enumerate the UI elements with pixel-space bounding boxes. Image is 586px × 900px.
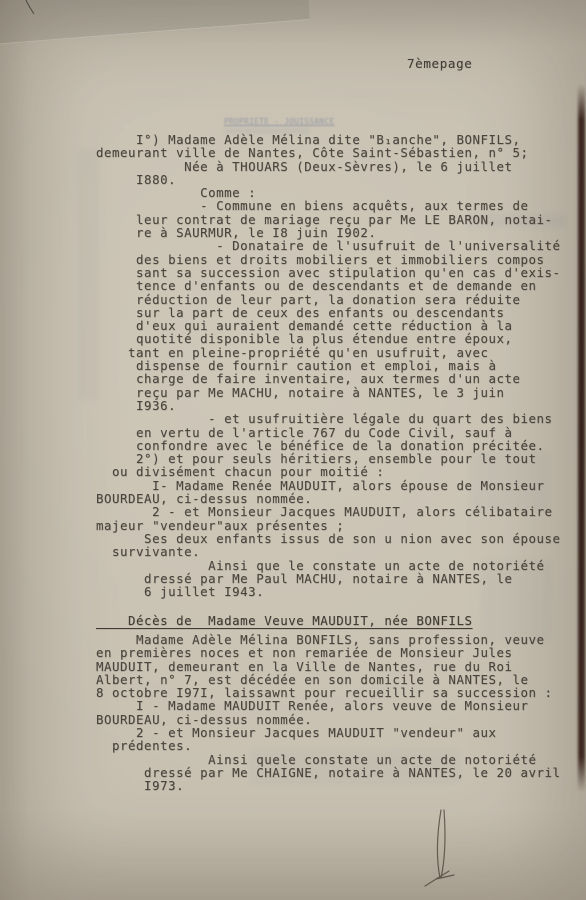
typewritten-line: ou divisément chacun pour moitié : — [96, 465, 561, 478]
typewritten-line: re à SAURMUR, le I8 juin I902. — [96, 226, 561, 239]
typewritten-line: Ses deux enfants issus de son u nion ave… — [96, 532, 561, 545]
typewritten-line: BOURDEAU, ci-dessus nommée. — [96, 492, 561, 505]
pen-mark — [0, 0, 50, 20]
typewritten-line: 6 juillet I943. — [96, 585, 561, 598]
typewritten-line: Ainsi que le constate un acte de notorié… — [96, 559, 561, 572]
typewritten-line: Comme : — [96, 186, 561, 199]
typewritten-line: I - Madame MAUDUIT Renée, alors veuve de… — [96, 699, 561, 712]
typewritten-line: réduction de leur part, la donation sera… — [96, 293, 561, 306]
typewritten-line: 2 - et Monsieur Jacques MAUDUIT "vendeur… — [96, 726, 561, 739]
typewritten-line: tence d'enfants ou de descendants et de … — [96, 279, 561, 292]
page-number-label: 7èmepage — [407, 56, 472, 71]
typewritten-line: Madame Adèle Mélina BONFILS, sans profes… — [96, 633, 561, 646]
typewritten-line: quotité disponible la plus étendue entre… — [96, 332, 561, 345]
typewritten-line: - Donataire de l'usufruit de l'universal… — [96, 239, 561, 252]
typewritten-line: leur contrat de mariage reçu par Me LE B… — [96, 213, 561, 226]
typewritten-line: majeur "vendeur"aux présentes ; — [96, 519, 561, 532]
typewritten-text: I°) Madame Adèle Mélina dite "B₁anche", … — [96, 133, 561, 793]
typewritten-line: Ainsi quele constate un acte de notoriét… — [96, 753, 561, 766]
bleed-through-text: PROPRIETE - JOUISSANCE — [224, 117, 334, 126]
typewritten-line: sur la part de ceux des enfants ou desce… — [96, 306, 561, 319]
typewritten-line: charge de faire inventaire, aux termes d… — [96, 372, 561, 385]
typewritten-line: 2°) et pour seuls héritiers, ensemble po… — [96, 452, 561, 465]
typewritten-line: confondre avec le bénéfice de la donatio… — [96, 439, 561, 452]
typewritten-line: I880. — [96, 173, 561, 186]
handwritten-paraphe-mark — [410, 806, 470, 900]
typewritten-line: des biens et droits mobiliers et immobil… — [96, 253, 561, 266]
typewritten-line: demeurant ville de Nantes, Côte Saint-Sé… — [96, 146, 561, 159]
typewritten-line: I936. — [96, 399, 561, 412]
typewritten-line: prédentes. — [96, 739, 561, 752]
bleed-through-smudge — [78, 150, 98, 400]
typewritten-line: Née à THOUARS (Deux-Sèvres), le 6 juille… — [96, 160, 561, 173]
typewritten-line: MAUDUIT, demeurant en la Ville de Nantes… — [96, 660, 561, 673]
section-heading: Décès de Madame Veuve MAUDUIT, née BONFI… — [96, 614, 561, 627]
typewritten-line: reçu par Me MACHU, notaire à NANTES, le … — [96, 386, 561, 399]
typewritten-line: I°) Madame Adèle Mélina dite "B₁anche", … — [96, 133, 561, 146]
typewritten-line: - et usufruitière légale du quart des bi… — [96, 412, 561, 425]
typewritten-line: dressé par Me CHAIGNE, notaire à NANTES,… — [96, 766, 561, 779]
typewritten-line: 8 octobre I97I, laissawnt pour recueilli… — [96, 686, 561, 699]
typewritten-line: survivante. — [96, 545, 561, 558]
typewritten-line: dressé par Me Paul MACHU, notaire à NANT… — [96, 572, 561, 585]
typewritten-line: en vertu de l'article 767 du Code Civil,… — [96, 426, 561, 439]
typewritten-line: - Commune en biens acquêts, aux termes d… — [96, 199, 561, 212]
typewritten-line: 2 - et Monsieur Jacques MAUDUIT, alors c… — [96, 505, 561, 518]
typewritten-line: I973. — [96, 779, 561, 792]
typewritten-line: tant en pleine-propriété qu'en usufruit,… — [96, 346, 561, 359]
typewritten-line: en premières noces et non remariée de Mo… — [96, 646, 561, 659]
typewritten-line: dispense de fournir caution et emploi, m… — [96, 359, 561, 372]
typewritten-line: BOURDEAU, ci-dessus nommée. — [96, 713, 561, 726]
scanned-document-page: PROPRIETE - JOUISSANCE 7èmepage I°) Mada… — [0, 0, 586, 900]
typewritten-line: Albert, n° 7, est décédée en son domicil… — [96, 673, 561, 686]
typewritten-line: d'eux qui auraient demandé cette réducti… — [96, 319, 561, 332]
page-edge-shadow — [578, 84, 585, 792]
typewritten-line — [96, 598, 561, 611]
typewritten-line: sant sa succession avec stipulation qu'e… — [96, 266, 561, 279]
typewritten-line: I- Madame Renée MAUDUIT, alors épouse de… — [96, 479, 561, 492]
